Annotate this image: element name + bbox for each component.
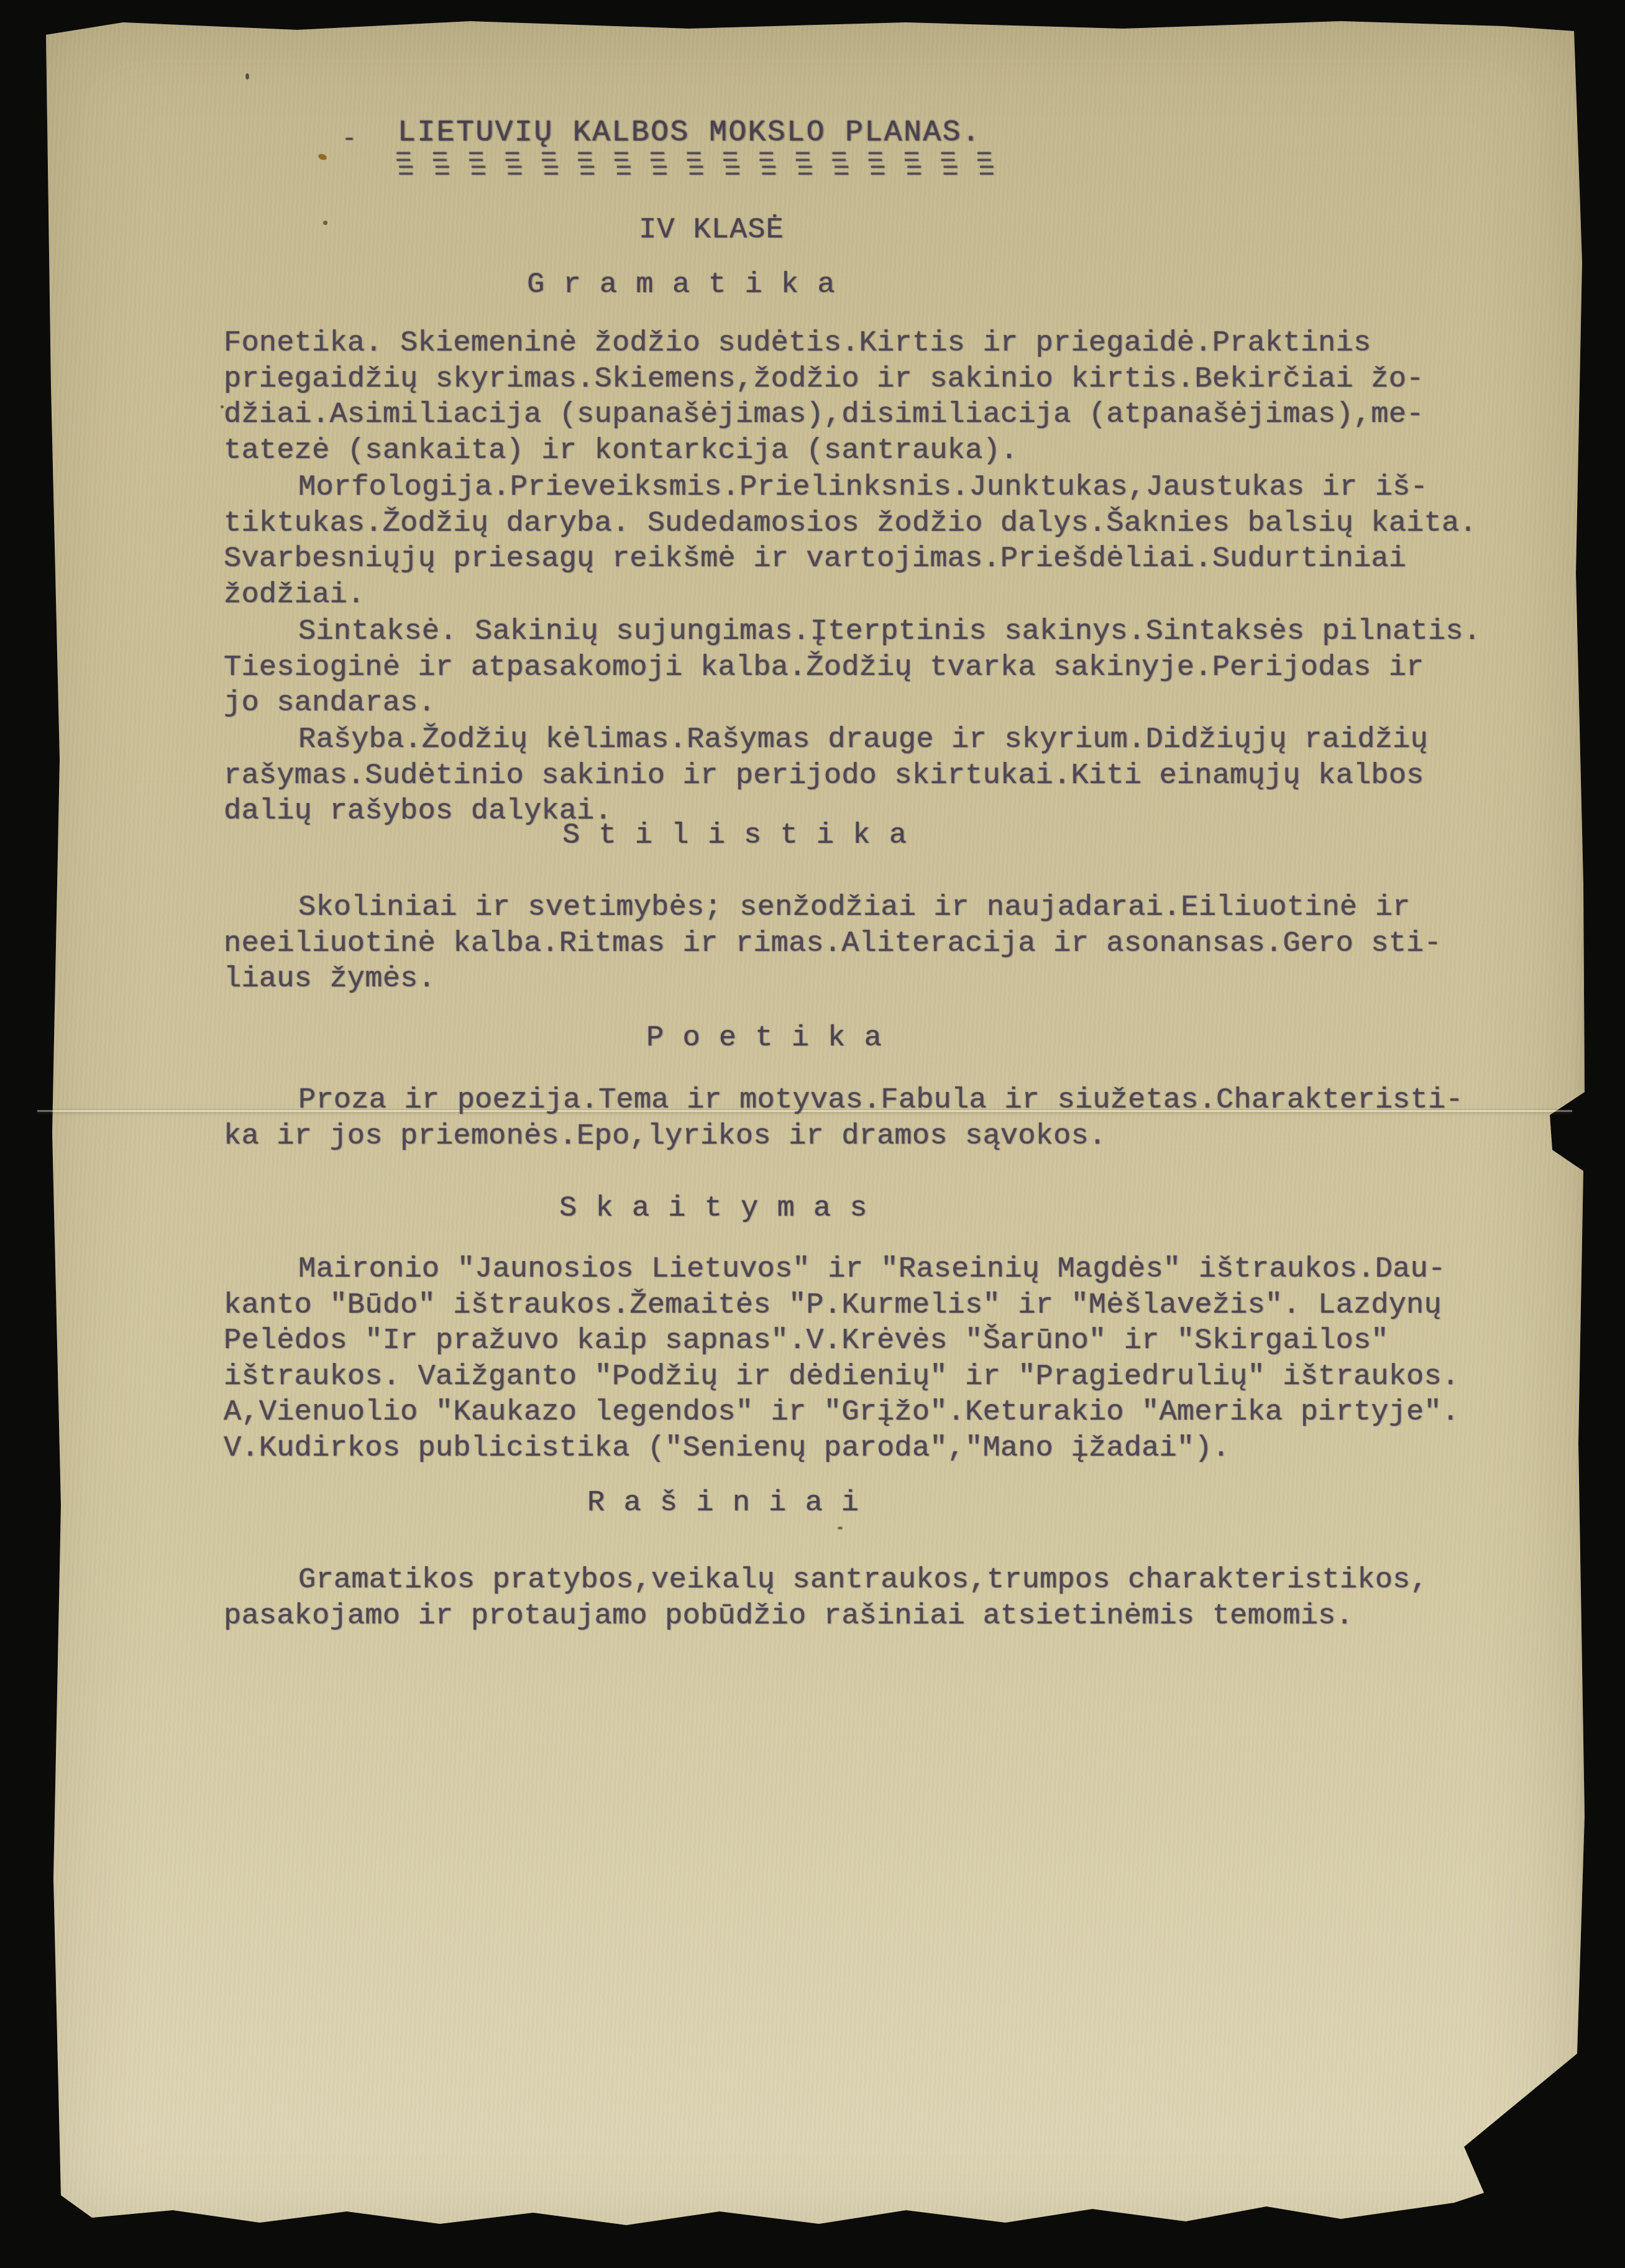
text-line: pasakojamo ir protaujamo pobūdžio rašini… (224, 1599, 1516, 1635)
section-heading-stilistika: S t i l i s t i k a (562, 818, 907, 854)
text-line: tatezė (sankaita) ir kontarkcija (santra… (224, 433, 1516, 469)
section-heading-gramatika: G r a m a t i k a (527, 267, 835, 303)
paper-stain (323, 221, 327, 225)
text-line: Fonetika. Skiemeninė žodžio sudėtis.Kirt… (224, 326, 1516, 362)
text-line: jo sandaras. (224, 686, 1516, 722)
paragraph-skoliniai: Skoliniai ir svetimybės; senžodžiai ir n… (224, 890, 1516, 998)
text-line: Rašyba.Žodžių kėlimas.Rašymas drauge ir … (224, 722, 1516, 758)
text-line: Proza ir poezija.Tema ir motyvas.Fabula … (224, 1083, 1516, 1119)
text-line: V.Kudirkos publicistika ("Senienų paroda… (224, 1431, 1516, 1467)
paragraph-morfologija: Morfologija.Prieveiksmis.Prielinksnis.Ju… (224, 470, 1516, 613)
text-line: tiktukas.Žodžių daryba. Sudedamosios žod… (224, 506, 1516, 542)
text-line: žodžiai. (224, 577, 1516, 613)
paragraph-rasiniai: Gramatikos pratybos,veikalų santraukos,t… (224, 1563, 1516, 1634)
paragraph-rasyba: Rašyba.Žodžių kėlimas.Rašymas drauge ir … (224, 722, 1516, 830)
paragraph-fonetika: Fonetika. Skiemeninė žodžio sudėtis.Kirt… (224, 326, 1516, 469)
text-line: Maironio "Jaunosios Lietuvos" ir "Rasein… (224, 1252, 1516, 1288)
text-line: Tiesioginė ir atpasakomoji kalba.Žodžių … (224, 650, 1516, 686)
class-heading: IV KLASĖ (639, 213, 784, 249)
text-line: džiai.Asimiliacija (supanašėjimas),disim… (224, 397, 1516, 433)
section-heading-rasiniai: R a š i n i a i (587, 1485, 859, 1522)
text-line: neeiliuotinė kalba.Ritmas ir rimas.Alite… (224, 926, 1516, 962)
text-line: Gramatikos pratybos,veikalų santraukos,t… (224, 1563, 1516, 1599)
text-line: Sintaksė. Sakinių sujungimas.Įterptinis … (224, 614, 1516, 650)
text-line: Morfologija.Prieveiksmis.Prielinksnis.Ju… (224, 470, 1516, 506)
text-line: rašymas.Sudėtinio sakinio ir perijodo sk… (224, 758, 1516, 794)
text-line: Skoliniai ir svetimybės; senžodžiai ir n… (224, 890, 1516, 926)
text-line: Pelėdos "Ir pražuvo kaip sapnas".V.Krėvė… (224, 1323, 1516, 1359)
text-line: liaus žymės. (224, 962, 1516, 998)
paragraph-skaitymas-list: Maironio "Jaunosios Lietuvos" ir "Rasein… (224, 1252, 1516, 1466)
text-line: Svarbesniųjų priesagų reikšmė ir vartoji… (224, 541, 1516, 577)
text-line: ištraukos. Vaižganto "Podžių ir dėdienių… (224, 1359, 1516, 1395)
paragraph-sintakse: Sintaksė. Sakinių sujungimas.Įterptinis … (224, 614, 1516, 722)
text-line: A,Vienuolio "Kaukazo legendos" ir "Grįžo… (224, 1395, 1516, 1431)
text-line: ka ir jos priemonės.Epo,lyrikos ir dramo… (224, 1119, 1516, 1155)
scanned-document-photo: { "page": { "background": "#0b0b0a" }, "… (0, 0, 1625, 2268)
section-heading-skaitymas: S k a i t y m a s (559, 1191, 867, 1227)
title-underline-row-2: = = = = = = = = = = = = = = = = = (398, 167, 997, 179)
paper-stain (838, 1527, 843, 1530)
paper-stain (245, 73, 249, 80)
paragraph-proza: Proza ir poezija.Tema ir motyvas.Fabula … (224, 1083, 1516, 1154)
text-line: priegaidžių skyrimas.Skiemens,žodžio ir … (224, 362, 1516, 398)
text-line: kanto "Būdo" ištraukos.Žemaitės "P.Kurme… (224, 1288, 1516, 1324)
section-heading-poetika: P o e t i k a (646, 1021, 882, 1057)
title-leading-dash: - (342, 122, 357, 158)
